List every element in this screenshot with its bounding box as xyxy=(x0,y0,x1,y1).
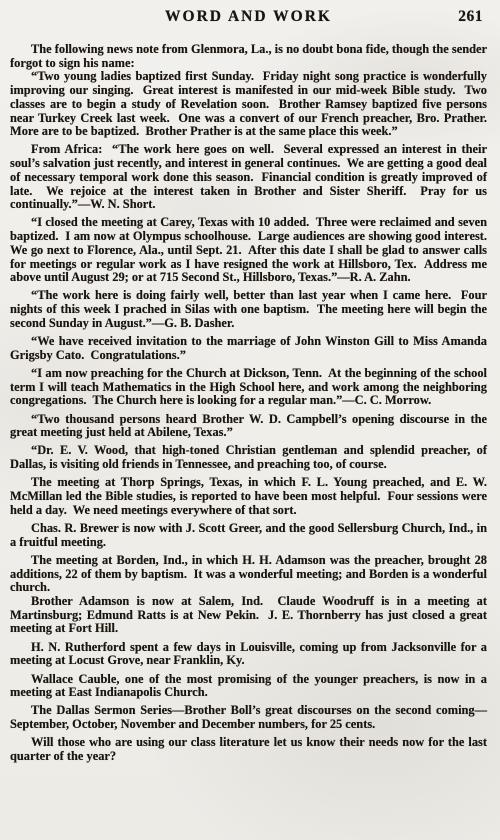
page-body: The following news note from Glenmora, L… xyxy=(10,43,487,764)
paragraph: Wallace Cauble, one of the most promisin… xyxy=(10,673,487,700)
paragraph: The Dallas Sermon Series—Brother Boll’s … xyxy=(10,704,487,731)
paragraph: “Two young ladies baptized first Sunday.… xyxy=(10,70,487,139)
paragraph: The meeting at Borden, Ind., in which H.… xyxy=(10,554,487,595)
paragraph: The meeting at Thorp Springs, Texas, in … xyxy=(10,476,487,517)
page-header: WORD AND WORK 261 xyxy=(10,8,487,30)
document-page: WORD AND WORK 261 The following news not… xyxy=(0,0,500,840)
paragraph: “We have received invitation to the marr… xyxy=(10,335,487,362)
paragraph: “Two thousand persons heard Brother W. D… xyxy=(10,413,487,440)
paragraph: “I am now preaching for the Church at Di… xyxy=(10,367,487,408)
page-number: 261 xyxy=(458,8,483,26)
paragraph: Will those who are using our class liter… xyxy=(10,736,487,763)
paragraph: Brother Adamson is now at Salem, Ind. Cl… xyxy=(10,595,487,636)
paragraph: Chas. R. Brewer is now with J. Scott Gre… xyxy=(10,522,487,549)
paragraph: H. N. Rutherford spent a few days in Lou… xyxy=(10,641,487,668)
journal-title: WORD AND WORK xyxy=(10,8,487,26)
paragraph: “Dr. E. V. Wood, that high-toned Christi… xyxy=(10,444,487,471)
paragraph: “The work here is doing fairly well, bet… xyxy=(10,289,487,330)
paragraph: The following news note from Glenmora, L… xyxy=(10,43,487,70)
paragraph: From Africa: “The work here goes on well… xyxy=(10,143,487,212)
paragraph: “I closed the meeting at Carey, Texas wi… xyxy=(10,216,487,285)
